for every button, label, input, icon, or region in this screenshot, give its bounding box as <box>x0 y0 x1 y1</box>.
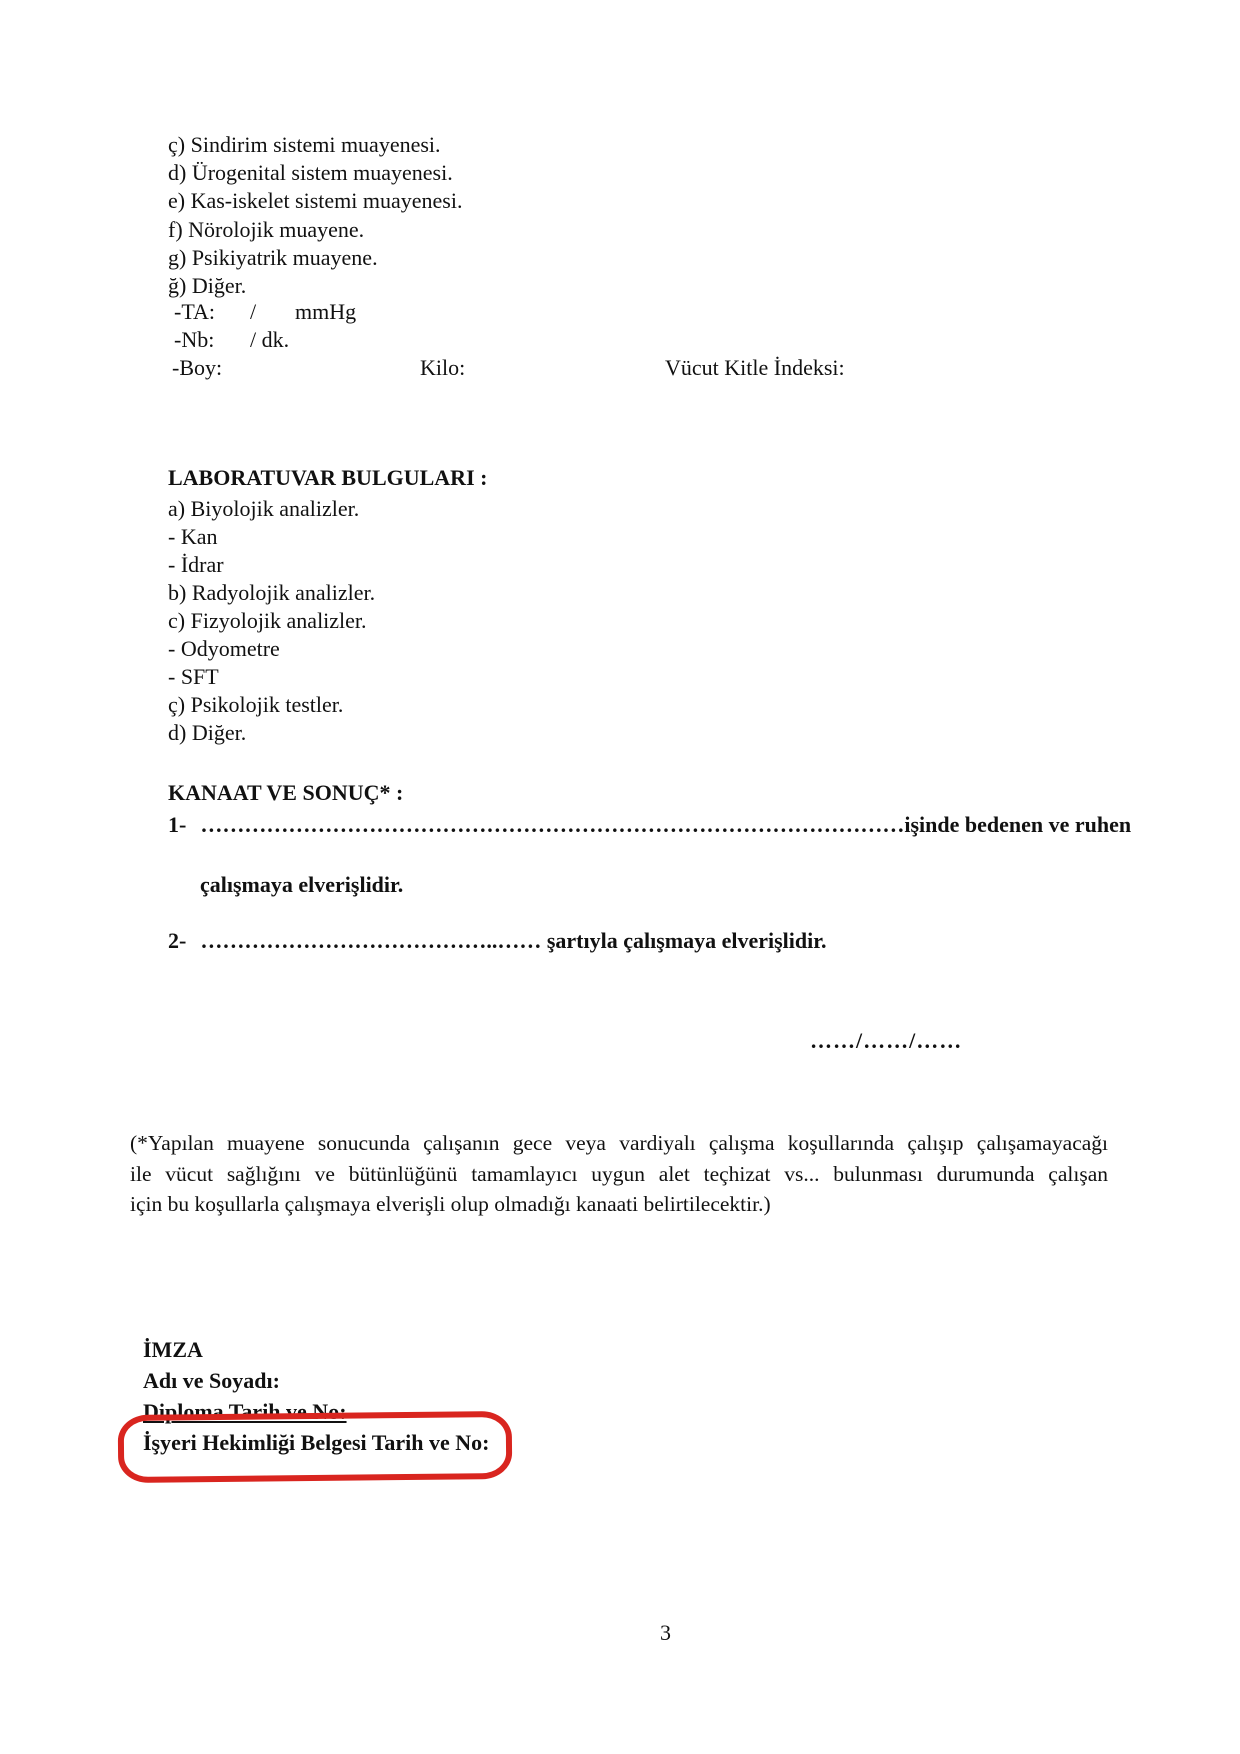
bmi-label: Vücut Kitle İndeksi: <box>665 355 845 381</box>
item2-dotted-blank: …………………………………..…… <box>200 928 541 953</box>
lab-item: c) Fizyolojik analizler. <box>168 607 487 635</box>
conclusion-item-2: 2-…………………………………..…… şartıyla çalışmaya e… <box>168 928 826 954</box>
exam-item: ç) Sindirim sistemi muayenesi. <box>168 131 462 159</box>
nb-label: -Nb: <box>174 327 214 353</box>
ta-label: -TA: <box>174 299 215 325</box>
footnote-line: (*Yapılan muayene sonucunda çalışanın ge… <box>130 1128 1108 1159</box>
nb-unit: / dk. <box>250 327 289 353</box>
lab-item: - Odyometre <box>168 635 487 663</box>
exam-item: g) Psikiyatrik muayene. <box>168 244 462 272</box>
lab-item: - SFT <box>168 663 487 691</box>
examination-list: ç) Sindirim sistemi muayenesi. d) Ürogen… <box>168 131 462 300</box>
conclusion-heading: KANAAT VE SONUÇ* : <box>168 780 403 806</box>
document-page: ç) Sindirim sistemi muayenesi. d) Ürogen… <box>0 0 1240 1754</box>
lab-item: - Kan <box>168 523 487 551</box>
footnote-line: ile vücut sağlığını ve bütünlüğünü tamam… <box>130 1159 1108 1190</box>
footnote-line: için bu koşullarla çalışmaya elverişli o… <box>130 1189 1108 1220</box>
lab-item: ç) Psikolojik testler. <box>168 691 487 719</box>
signature-imza-label: İMZA <box>143 1334 490 1365</box>
conclusion-item-1-continued: çalışmaya elverişlidir. <box>200 872 403 898</box>
item1-text: işinde bedenen ve ruhen <box>904 812 1131 837</box>
ta-slash: / <box>250 299 256 325</box>
lab-item: b) Radyolojik analizler. <box>168 579 487 607</box>
conclusion-item-1: 1-……………………………………………………………………………………işinde… <box>168 812 1131 838</box>
exam-item: e) Kas-iskelet sistemi muayenesi. <box>168 187 462 215</box>
lab-item: a) Biyolojik analizler. <box>168 495 487 523</box>
date-dotted-blank: ……/……/…… <box>810 1028 962 1054</box>
lab-section: LABORATUVAR BULGULARI : a) Biyolojik ana… <box>168 464 487 747</box>
ta-unit: mmHg <box>295 299 356 325</box>
item1-number: 1- <box>168 812 186 837</box>
lab-item: - İdrar <box>168 551 487 579</box>
red-highlight-oval <box>118 1411 513 1483</box>
exam-item: ğ) Diğer. <box>168 272 462 300</box>
lab-heading: LABORATUVAR BULGULARI : <box>168 464 487 492</box>
exam-item: f) Nörolojik muayene. <box>168 216 462 244</box>
item2-text: şartıyla çalışmaya elverişlidir. <box>541 928 826 953</box>
lab-item: d) Diğer. <box>168 719 487 747</box>
page-number: 3 <box>660 1620 671 1646</box>
kilo-label: Kilo: <box>420 355 465 381</box>
exam-item: d) Ürogenital sistem muayenesi. <box>168 159 462 187</box>
item2-number: 2- <box>168 928 186 953</box>
boy-label: -Boy: <box>172 355 222 381</box>
item1-dotted-blank: …………………………………………………………………………………… <box>200 812 904 837</box>
footnote: (*Yapılan muayene sonucunda çalışanın ge… <box>130 1128 1108 1220</box>
signature-name-label: Adı ve Soyadı: <box>143 1365 490 1396</box>
